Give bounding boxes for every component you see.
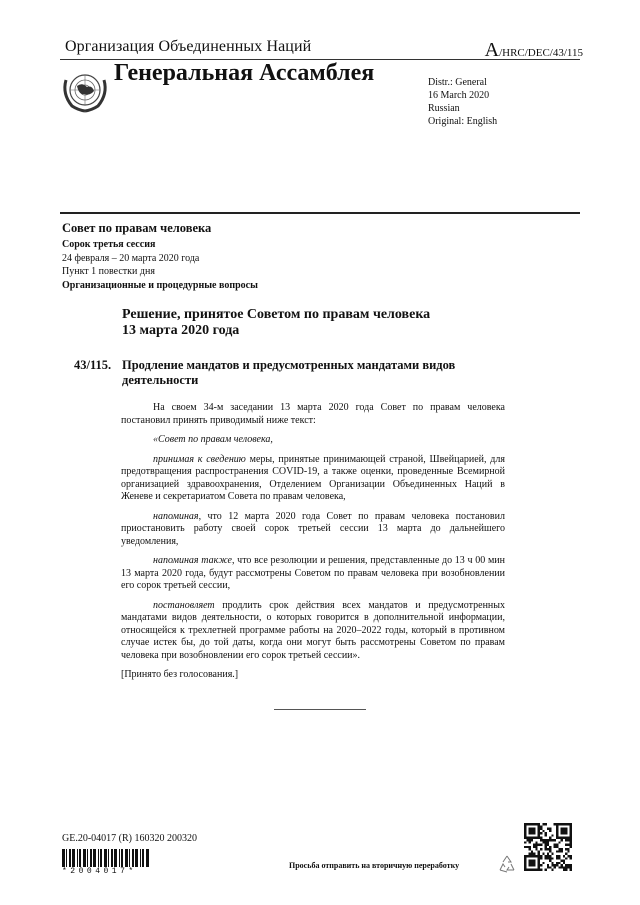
job-number: GE.20-04017 (R) 160320 200320 — [62, 833, 197, 844]
barcode-number: *2004017* — [62, 867, 137, 876]
paragraph-1: принимая к сведению меры, принятые прини… — [121, 454, 505, 504]
recycle-icon — [496, 853, 518, 875]
section-rule — [60, 212, 580, 214]
paragraph-4: постановляет продлить срок действия всех… — [121, 600, 505, 663]
decision-heading-line1: Решение, принятое Советом по правам чело… — [122, 307, 430, 323]
organization-name: Организация Объединенных Наций — [65, 38, 311, 56]
p2-italic: напоминая — [153, 511, 199, 522]
date-line: 16 March 2020 — [428, 89, 497, 102]
distribution-block: Distr.: General 16 March 2020 Russian Or… — [428, 76, 497, 128]
adopted-note: [Принято без голосования.] — [121, 669, 505, 682]
decision-heading-line2: 13 марта 2020 года — [122, 323, 430, 339]
council-quote-text: «Совет по правам человека, — [153, 434, 273, 445]
symbol-rest: /HRC/DEC/43/115 — [499, 47, 583, 59]
decision-heading: Решение, принятое Советом по правам чело… — [122, 307, 430, 339]
agenda-item: Пункт 1 повестки дня — [62, 265, 258, 279]
session-name: Сорок третья сессия — [62, 238, 258, 252]
council-quote: «Совет по правам человека, — [121, 434, 505, 447]
p4-italic: постановляет — [153, 600, 215, 611]
decision-body: На своем 34-м заседании 13 марта 2020 го… — [121, 402, 505, 689]
distr-line: Distr.: General — [428, 76, 497, 89]
paragraph-2: напоминая, что 12 марта 2020 года Совет … — [121, 511, 505, 549]
qr-code-icon — [524, 823, 572, 871]
session-dates: 24 февраля – 20 марта 2020 года — [62, 252, 258, 266]
closing-rule — [274, 709, 366, 710]
un-emblem-icon — [60, 66, 110, 116]
paragraph-3: напоминая также, что все резолюции и реш… — [121, 555, 505, 593]
council-name: Совет по правам человека — [62, 221, 211, 236]
language-line: Russian — [428, 102, 497, 115]
symbol-prefix: A — [485, 39, 499, 61]
agenda-title: Организационные и процедурные вопросы — [62, 279, 258, 293]
original-line: Original: English — [428, 115, 497, 128]
p1-italic: принимая к сведению — [153, 454, 246, 465]
barcode-icon — [62, 849, 150, 867]
decision-number: 43/115. — [74, 358, 111, 373]
decision-title: Продление мандатов и предусмотренных ман… — [122, 358, 502, 388]
general-assembly-title: Генеральная Ассамблея — [114, 60, 374, 87]
p3-italic: напоминая также — [153, 555, 232, 566]
recycle-note: Просьба отправить на вторичную переработ… — [289, 861, 459, 870]
intro-paragraph: На своем 34-м заседании 13 марта 2020 го… — [121, 402, 505, 427]
session-meta: Сорок третья сессия 24 февраля – 20 март… — [62, 238, 258, 292]
